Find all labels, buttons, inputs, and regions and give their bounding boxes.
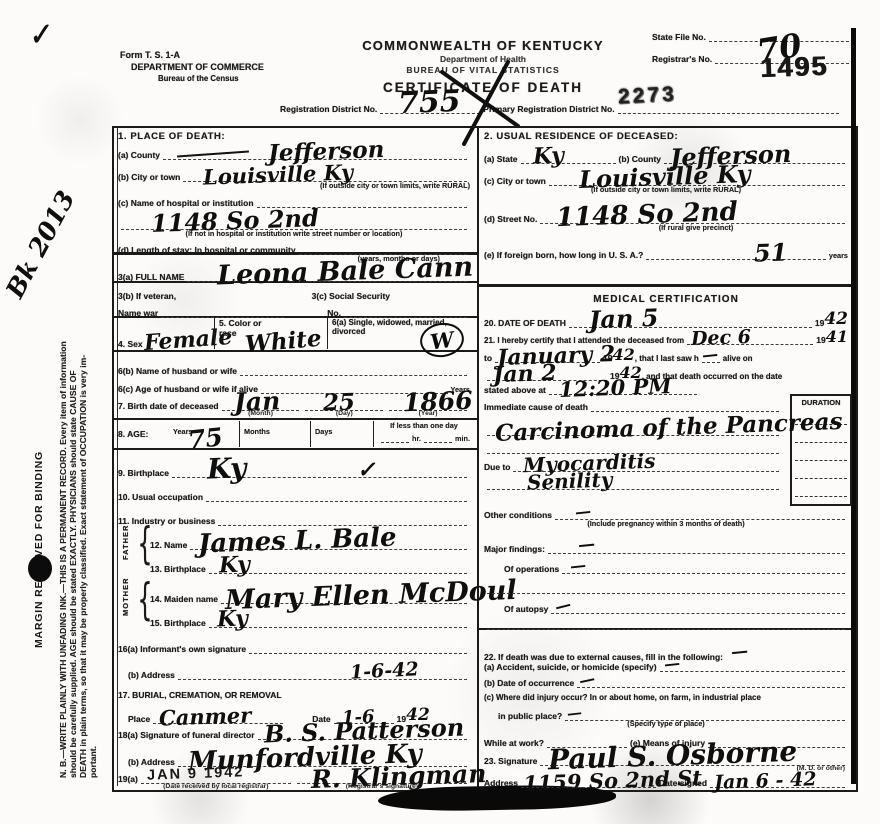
of-autopsy-label: Of autopsy xyxy=(504,604,548,614)
file-number-stamp: 1495 xyxy=(759,51,828,84)
pen-mark: — xyxy=(569,555,586,575)
dept-of-commerce: DEPARTMENT OF COMMERCE xyxy=(131,62,264,72)
place-of-death-title: 1. PLACE OF DEATH: xyxy=(118,131,225,142)
form-line: 25 (Day) xyxy=(305,399,383,411)
form-line: Ky ✓ xyxy=(172,466,467,478)
margin-check-mark: ✓ xyxy=(25,20,53,51)
attended-from-handwriting: Dec 6 xyxy=(691,328,752,349)
form-line: — xyxy=(551,602,845,614)
form-line: — xyxy=(577,676,845,688)
certify-text-2b: alive on xyxy=(723,354,753,363)
form-line: 12:20 PM xyxy=(549,383,697,395)
certify-text-2: , that I last saw h xyxy=(635,354,699,363)
residence-state-handwriting: Ky xyxy=(532,144,564,167)
residence-city-note: (If outside city or town limits, write R… xyxy=(591,185,741,194)
color-handwriting: White xyxy=(244,327,322,357)
check-mark: ✓ xyxy=(357,459,376,482)
form-line xyxy=(344,306,467,318)
form-line: 51 xyxy=(646,248,826,260)
father-birthplace-label: 13. Birthplace xyxy=(150,564,206,574)
foreign-born-years-handwriting: 51 xyxy=(754,240,788,265)
due-to-2-handwriting: Senility xyxy=(527,470,613,493)
age-label: 8. AGE: xyxy=(118,429,148,439)
margin-nb-line4: portant. xyxy=(88,213,98,778)
pen-mark: — xyxy=(663,653,680,673)
min-caption: min. xyxy=(455,434,470,443)
veteran-name-war-label: Name war xyxy=(118,308,158,318)
form-line: Jan 6 - 42 xyxy=(710,776,845,788)
form-line: Jan (Month) xyxy=(222,399,300,411)
form-line: James L. Bale xyxy=(190,538,467,550)
physician-signature-label: 23. Signature xyxy=(484,756,537,766)
occupation-label: 10. Usual occupation xyxy=(118,492,203,502)
form-line: — xyxy=(562,562,845,574)
stated-above-label: stated above at xyxy=(484,385,546,395)
street-note: (If rural give precinct) xyxy=(659,223,734,232)
mother-birthplace-label: 15. Birthplace xyxy=(150,618,206,628)
form-line xyxy=(249,642,467,654)
major-findings-label: Major findings: xyxy=(484,544,545,554)
date-of-occurrence-label: (b) Date of occurrence xyxy=(484,678,574,688)
margin-nb-line1: N. B.—WRITE PLAINLY WITH UNFADING INK.—T… xyxy=(58,213,68,778)
form-line: Dec 6 xyxy=(687,333,813,345)
death-certificate-scan: MARGIN RESERVED FOR BINDING N. B.—WRITE … xyxy=(0,0,880,824)
year-printed: 19 xyxy=(816,335,825,345)
form-line: Ky xyxy=(521,152,616,164)
form-line xyxy=(487,618,845,630)
physician-address-label: Address xyxy=(484,778,518,788)
form-line: Jefferson xyxy=(163,148,467,160)
state-file-no-label: State File No. xyxy=(652,32,706,42)
birthplace-label: 9. Birthplace xyxy=(118,468,169,478)
form-line: Ky xyxy=(209,616,467,628)
birthplace-handwriting: Ky xyxy=(207,454,247,483)
year-printed: 19 xyxy=(815,318,824,328)
pen-mark: — xyxy=(577,534,595,556)
father-side-label: FATHER xyxy=(121,525,130,560)
form-line: 1159 So 2nd St xyxy=(521,776,656,788)
birth-date-label: 7. Birth date of deceased xyxy=(118,401,219,411)
informant-signature-label: 16(a) Informant's own signature xyxy=(118,644,246,654)
physician-address-handwriting: 1159 So 2nd St xyxy=(523,767,703,794)
pen-mark: — xyxy=(701,344,718,364)
funeral-director-label: 18(a) Signature of funeral director xyxy=(118,730,255,740)
form-line xyxy=(381,431,409,443)
form-line xyxy=(795,461,847,479)
section-divider xyxy=(114,418,477,420)
margin-nb-line2: should be carefully supplied. AGE should… xyxy=(68,213,78,778)
burial-place-handwriting: Canmer xyxy=(159,704,252,728)
commonwealth-title: COMMONWEALTH OF KENTUCKY xyxy=(362,38,604,53)
accident-suicide-label: (a) Accident, suicide, or homicide (spec… xyxy=(484,662,657,672)
form-line: Leona Bale Cann xyxy=(187,270,467,282)
age-months-caption: Months xyxy=(244,427,270,436)
form-line: Jan 5 xyxy=(569,316,812,328)
burial-date-note-handwriting: 1-6-42 xyxy=(350,660,420,683)
form-line: JAN 9 1942 (Date received by local regis… xyxy=(141,772,291,784)
foreign-born-suffix: years xyxy=(829,251,848,260)
to-word: to xyxy=(484,353,492,363)
form-line xyxy=(178,668,467,680)
primary-district-stamp: 2273 xyxy=(617,82,677,109)
time-of-death-handwriting: 12:20 PM xyxy=(559,375,672,400)
margin-nb-line3: DEATH in plain terms, so that it may be … xyxy=(78,213,88,778)
residence-state-label: (a) State xyxy=(484,154,518,164)
form-line xyxy=(424,431,452,443)
registrar-signature-caption: (Registrar's signature) xyxy=(297,783,467,790)
attended-from-year-handwriting: 41 xyxy=(826,329,848,345)
father-birthplace-handwriting: Ky xyxy=(218,553,250,576)
form-line: 1866 (Year) xyxy=(389,399,467,411)
attended-to-year-handwriting: 42 xyxy=(613,347,635,363)
form-line: — xyxy=(702,351,720,363)
date-of-death-year-handwriting: 42 xyxy=(824,311,848,328)
form-line: — xyxy=(548,542,845,554)
while-at-work-label: While at work? xyxy=(484,738,544,748)
registrar-no-label: Registrar's No. xyxy=(652,54,712,64)
city-note: (If outside city or town limits, write R… xyxy=(320,181,470,190)
registration-district-label: Registration District No. xyxy=(280,104,377,114)
month-caption: (Month) xyxy=(222,410,300,417)
form-line: — xyxy=(660,660,845,672)
institution-note: (If not in hospital or institution write… xyxy=(186,229,403,238)
form-line xyxy=(161,306,284,318)
mother-birthplace-handwriting: Ky xyxy=(216,607,248,630)
industry-label: 11. Industry or business xyxy=(118,516,215,526)
funeral-director-address-label: (b) Address xyxy=(128,757,175,767)
where-injury-label: (c) Where did injury occur? In or about … xyxy=(484,693,761,702)
sex-label: 4. Sex xyxy=(118,339,143,349)
duration-label: DURATION xyxy=(795,398,847,407)
due-to-label: Due to xyxy=(484,462,510,472)
specify-place-note: (Specify type of place) xyxy=(627,719,704,728)
hole-punch-mark xyxy=(28,555,52,582)
burial-cremation-label: 17. BURIAL, CREMATION, OR REMOVAL xyxy=(118,690,282,700)
date-signed-handwriting: Jan 6 - 42 xyxy=(714,770,817,793)
veteran-label: 3(b) If veteran, xyxy=(118,291,312,301)
form-line: Carcinoma of the Pancreas xyxy=(487,424,779,436)
form-line xyxy=(795,443,847,461)
immediate-cause-label: Immediate cause of death xyxy=(484,402,588,412)
husband-name-label: 6(b) Name of husband or wife xyxy=(118,366,237,376)
form-line: Ky xyxy=(209,562,467,574)
form-line xyxy=(206,490,467,502)
age-less-caption: If less than one day xyxy=(378,421,470,430)
margin-nb-note: N. B.—WRITE PLAINLY WITH UNFADING INK.—T… xyxy=(58,213,98,778)
form-line: Mary Ellen McDoul xyxy=(221,592,467,604)
section-divider xyxy=(479,284,851,287)
mother-maiden-label: 14. Maiden name xyxy=(150,594,218,604)
informant-address-label: (b) Address xyxy=(128,670,175,680)
form-line xyxy=(487,582,845,594)
bureau-of-census: Bureau of the Census xyxy=(158,74,239,83)
date-received-caption: (Date received by local registrar) xyxy=(141,783,291,790)
section-divider xyxy=(114,448,477,450)
margin-binding-note: MARGIN RESERVED FOR BINDING xyxy=(33,451,45,648)
full-name-label: 3(a) FULL NAME xyxy=(118,272,184,282)
strikeout-mark xyxy=(177,150,249,157)
form-number: Form T. S. 1-A xyxy=(120,50,180,60)
mother-side-label: MOTHER xyxy=(121,578,130,617)
received-label: 19(a) xyxy=(118,774,138,784)
form-line: R. Klingman (Registrar's signature) xyxy=(297,772,467,784)
hr-caption: hr. xyxy=(412,434,421,443)
county-label: (a) County xyxy=(118,150,160,160)
age-years-handwriting: 75 xyxy=(187,424,224,453)
other-conditions-note: (Include pregnancy within 3 months of de… xyxy=(587,519,744,528)
form-line: Senility xyxy=(487,478,779,490)
year-caption: (Year) xyxy=(389,410,467,417)
form-line: B. S. Patterson xyxy=(258,728,468,740)
burial-place-label: Place xyxy=(128,714,150,724)
residence-title: 2. USUAL RESIDENCE OF DECEASED: xyxy=(484,131,678,142)
day-caption: (Day) xyxy=(305,410,383,417)
form-line xyxy=(795,479,847,497)
social-security-no-label: No. xyxy=(327,308,341,318)
of-operations-label: Of operations xyxy=(504,564,559,574)
form-line xyxy=(240,364,467,376)
date-of-death-label: 20. DATE OF DEATH xyxy=(484,318,566,328)
social-security-label: 3(c) Social Security xyxy=(312,291,390,301)
date-received-stamp: JAN 9 1942 xyxy=(147,764,245,783)
foreign-born-label: (e) If foreign born, how long in U. S. A… xyxy=(484,250,643,260)
age-days-caption: Days xyxy=(315,427,332,436)
father-name-label: 12. Name xyxy=(150,540,187,550)
column-divider xyxy=(477,126,479,788)
